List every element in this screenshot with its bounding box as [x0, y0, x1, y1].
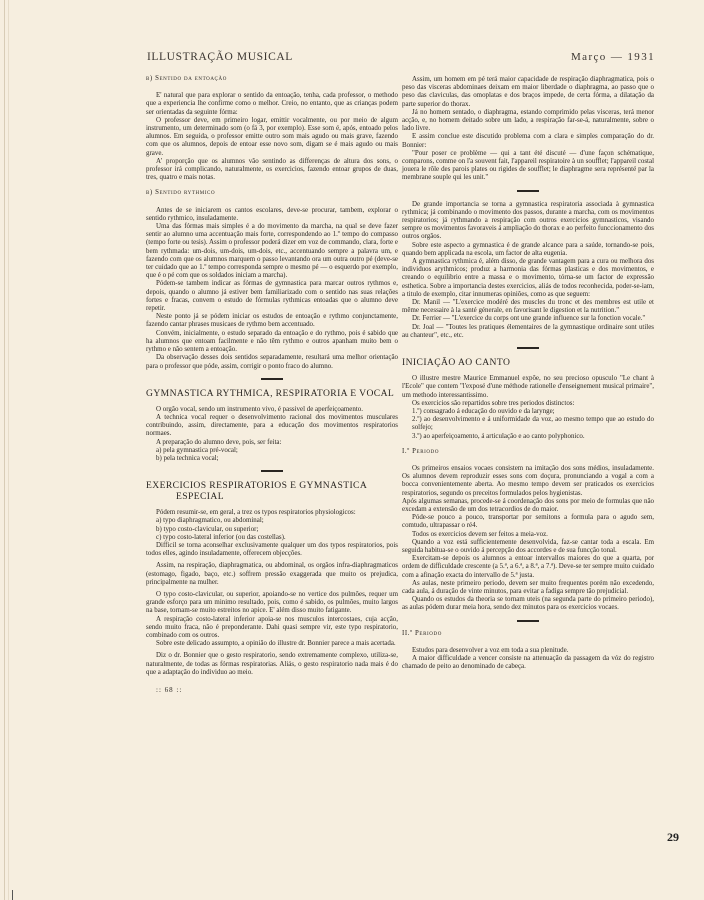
margin-mark — [12, 890, 13, 900]
paragraph: A technica vocal requer o desenvolviment… — [146, 413, 398, 438]
period-title-1: I.º Periodo — [402, 448, 654, 456]
paragraph: Sobre este aspecto a gymnastica é de gra… — [402, 241, 654, 257]
paragraph: Todos os exercicios devem ser feitos a m… — [402, 530, 654, 538]
list-item: 1.º) consagrado á educação do ouvido e d… — [402, 407, 654, 415]
period-title-2: II.º Periodo — [402, 630, 654, 638]
paragraph: Assim, um homem em pé terá maior capacid… — [402, 75, 654, 108]
paragraph: A respiração costo-lateral inferior apoi… — [146, 615, 398, 640]
paragraph: Pódem resumir-se, em geral, a trez os ty… — [146, 508, 398, 516]
paragraph: Convém, inicialmente, o estudo separado … — [146, 329, 398, 354]
citation: Dr. Ferrier — "L'exercice du corps ont u… — [402, 314, 654, 322]
folio-number: :: 68 :: — [146, 686, 398, 694]
paragraph: Póde-se pouco a pouco, transportar por s… — [402, 513, 654, 529]
citation: Dr. Joal — "Toutes les pratiques élement… — [402, 323, 654, 339]
paragraph: Antes de se iniciarem os cantos escolare… — [146, 206, 398, 222]
paragraph: Estudos para desenvolver a voz em toda a… — [402, 646, 654, 654]
period1-body: Os primeiros ensaios vocaes consistem na… — [402, 464, 654, 612]
paragraph: Já no homem sentado, o diaphragma, estan… — [402, 108, 654, 133]
rythmico-body: Antes de se iniciarem os cantos escolare… — [146, 206, 398, 370]
iniciacao-body: O illustre mestre Maurice Emmanuel expõe… — [402, 374, 654, 440]
paragraph: Diz o dr. Bonnier que o gesto respirator… — [146, 651, 398, 676]
paragraph: Pódem-se tambem indicar as fórmas de gym… — [146, 279, 398, 312]
paragraph: Difficil se torna aconselhar exclusivame… — [146, 541, 398, 557]
paragraph: A maior difficuldade a vencer consiste n… — [402, 654, 654, 670]
running-header: ILLUSTRAÇÃO MUSICAL Março — 1931 — [147, 51, 655, 65]
right-column: Assim, um homem em pé terá maior capacid… — [402, 75, 654, 670]
paragraph: As aulas, neste primeiro periodo, devem … — [402, 579, 654, 595]
paragraph: Uma das fórmas mais simples é a do movim… — [146, 222, 398, 279]
list-item: a) pela gymnastica pré-vocal; — [146, 446, 398, 454]
paragraph: Quando os estudos da theoria se tornam u… — [402, 595, 654, 611]
page-edge-line — [4, 0, 5, 900]
list-item: a) typo diaphragmatico, ou abdominal; — [146, 516, 398, 524]
subsection-title-entoacao: b) Sentido da entoação — [146, 75, 398, 83]
gymnastica-body: O orgão vocal, sendo um instrumento vivo… — [146, 405, 398, 462]
publication-title: ILLUSTRAÇÃO MUSICAL — [147, 51, 293, 63]
paragraph: Quando a voz está sufficientemente desen… — [402, 538, 654, 554]
list-item: c) typo costo-lateral inferior (ou das c… — [146, 533, 398, 541]
list-item: b) typo costo-clavicular, ou superior; — [146, 525, 398, 533]
page-edge-shadow — [8, 0, 9, 900]
paragraph: A gymnastica rythmica é, além disso, de … — [402, 257, 654, 298]
paragraph: E assim conclue este discutido problema … — [402, 132, 654, 148]
issue-date: Março — 1931 — [571, 51, 655, 63]
paragraph: O professor deve, em primeiro logar, emi… — [146, 116, 398, 157]
paragraph: Os primeiros ensaios vocaes consistem na… — [402, 464, 654, 497]
left-column: b) Sentido da entoação E' natural que pa… — [146, 75, 398, 694]
entoacao-body: E' natural que para explorar o sentido d… — [146, 91, 398, 181]
quotation: "Pour poser ce problème — qui a tant été… — [402, 149, 654, 182]
paragraph: Assim, na respiração, diaphragmatica, ou… — [146, 561, 398, 586]
citation: Dr. Manil — "L'exercice modéré des muscl… — [402, 298, 654, 314]
section-divider — [517, 347, 539, 349]
section-divider — [517, 620, 539, 622]
paragraph: Neste ponto já se pódem iniciar os estud… — [146, 312, 398, 328]
paragraph: A' proporção que os alumnos vão sentindo… — [146, 157, 398, 182]
section-title-exercicios: EXERCICIOS RESPIRATORIOS E GYMNASTICA ES… — [146, 480, 398, 502]
subsection-title-rythmico: b) Sentido rythmico — [146, 189, 398, 197]
section-title-iniciacao: INICIAÇÃO AO CANTO — [402, 357, 654, 368]
paragraph: O orgão vocal, sendo um instrumento vivo… — [146, 405, 398, 413]
exercicios-body: Pódem resumir-se, em geral, a trez os ty… — [146, 508, 398, 676]
period2-body: Estudos para desenvolver a voz em toda a… — [402, 646, 654, 671]
paragraph: Sobre este delicado assumpto, a opinião … — [146, 639, 398, 647]
paragraph: Após algumas semanas, procede-se á coord… — [402, 497, 654, 513]
list-item: 2.º) ao desenvolvimento e á uniformidade… — [402, 415, 654, 431]
section-divider — [517, 190, 539, 192]
paragraph: Da observação desses dois sentidos separ… — [146, 353, 398, 369]
section-divider — [261, 378, 283, 380]
respiracao-body: Assim, um homem em pé terá maior capacid… — [402, 75, 654, 182]
page-number: 29 — [667, 830, 679, 845]
paragraph: O illustre mestre Maurice Emmanuel expõe… — [402, 374, 654, 399]
list-item: 3.º) ao aperfeiçoamento, á articulação e… — [402, 432, 654, 440]
paragraph: E' natural que para explorar o sentido d… — [146, 91, 398, 116]
section-divider — [261, 470, 283, 472]
paragraph: A preparação do alumno deve, pois, ser f… — [146, 438, 398, 446]
paragraph: Exercitam-se depois os alumnos a entoar … — [402, 554, 654, 579]
list-item: b) pela technica vocal; — [146, 454, 398, 462]
gymnastica-respiratoria-body: De grande importancia se torna a gymnast… — [402, 200, 654, 339]
paragraph: Os exercicios são repartidos sobre tres … — [402, 399, 654, 407]
paragraph: O typo costo-clavicular, ou superior, ap… — [146, 590, 398, 615]
section-title-line: EXERCICIOS RESPIRATORIOS E GYMNASTICA — [146, 480, 367, 491]
section-title-line: ESPECIAL — [146, 491, 398, 502]
paragraph: De grande importancia se torna a gymnast… — [402, 200, 654, 241]
section-title-gymnastica: GYMNASTICA RYTHMICA, RESPIRATORIA E VOCA… — [146, 388, 398, 399]
